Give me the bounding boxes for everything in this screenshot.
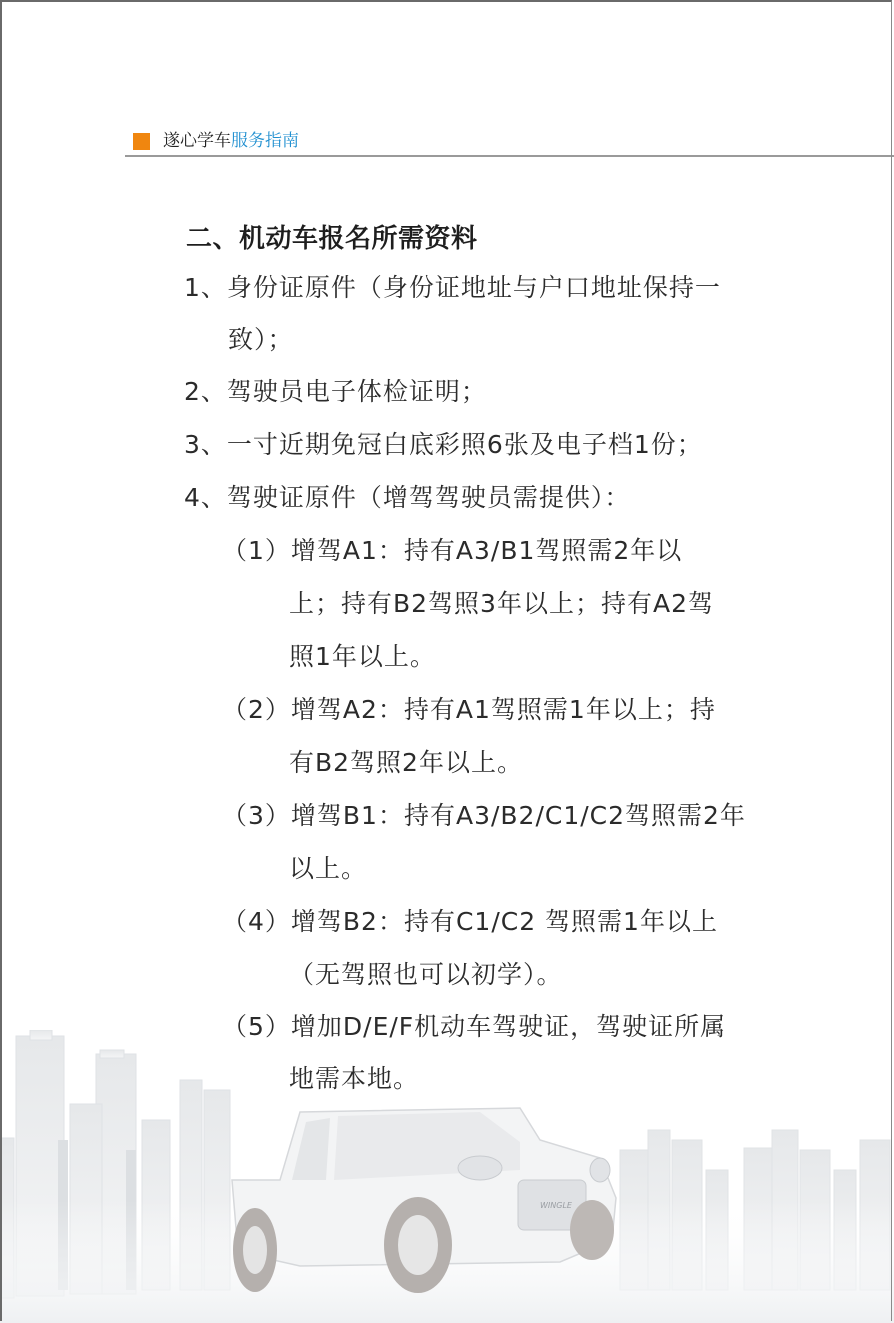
- section-heading: 二、机动车报名所需资料: [186, 218, 478, 255]
- header-brand: 遂心学车: [163, 131, 231, 151]
- list-line: （无驾照也可以初学）。: [289, 960, 563, 990]
- list-line: 2、驾驶员电子体检证明；: [184, 377, 487, 407]
- header-divider: [125, 155, 894, 157]
- list-line: （2）增驾A2：持有A1驾照需1年以上；持: [222, 695, 716, 725]
- list-line: （3）增驾B1：持有A3/B2/C1/C2驾照需2年: [222, 801, 746, 831]
- header-subtitle: 服务指南: [231, 131, 299, 151]
- list-line: 4、驾驶证原件（增驾驾驶员需提供）：: [184, 483, 630, 513]
- list-line: （4）增驾B2：持有C1/C2 驾照需1年以上: [222, 907, 718, 937]
- list-line: 1、身份证原件（身份证地址与户口地址保持一: [184, 273, 721, 303]
- list-line: 3、一寸近期免冠白底彩照6张及电子档1份；: [184, 430, 703, 460]
- list-line: 上；持有B2驾照3年以上；持有A2驾: [289, 589, 714, 619]
- list-line: 以上。: [289, 854, 367, 884]
- header-accent-square: [133, 133, 150, 150]
- list-line: （5）增加D/E/F机动车驾驶证，驾驶证所属: [222, 1012, 726, 1042]
- list-line: （1）增驾A1：持有A3/B1驾照需2年以: [222, 536, 682, 566]
- header-title: 遂心学车服务指南: [163, 130, 299, 152]
- list-line: 致）；: [228, 325, 294, 355]
- list-line: 地需本地。: [289, 1064, 419, 1094]
- list-line: 照1年以上。: [289, 642, 436, 672]
- list-line: 有B2驾照2年以上。: [289, 748, 523, 778]
